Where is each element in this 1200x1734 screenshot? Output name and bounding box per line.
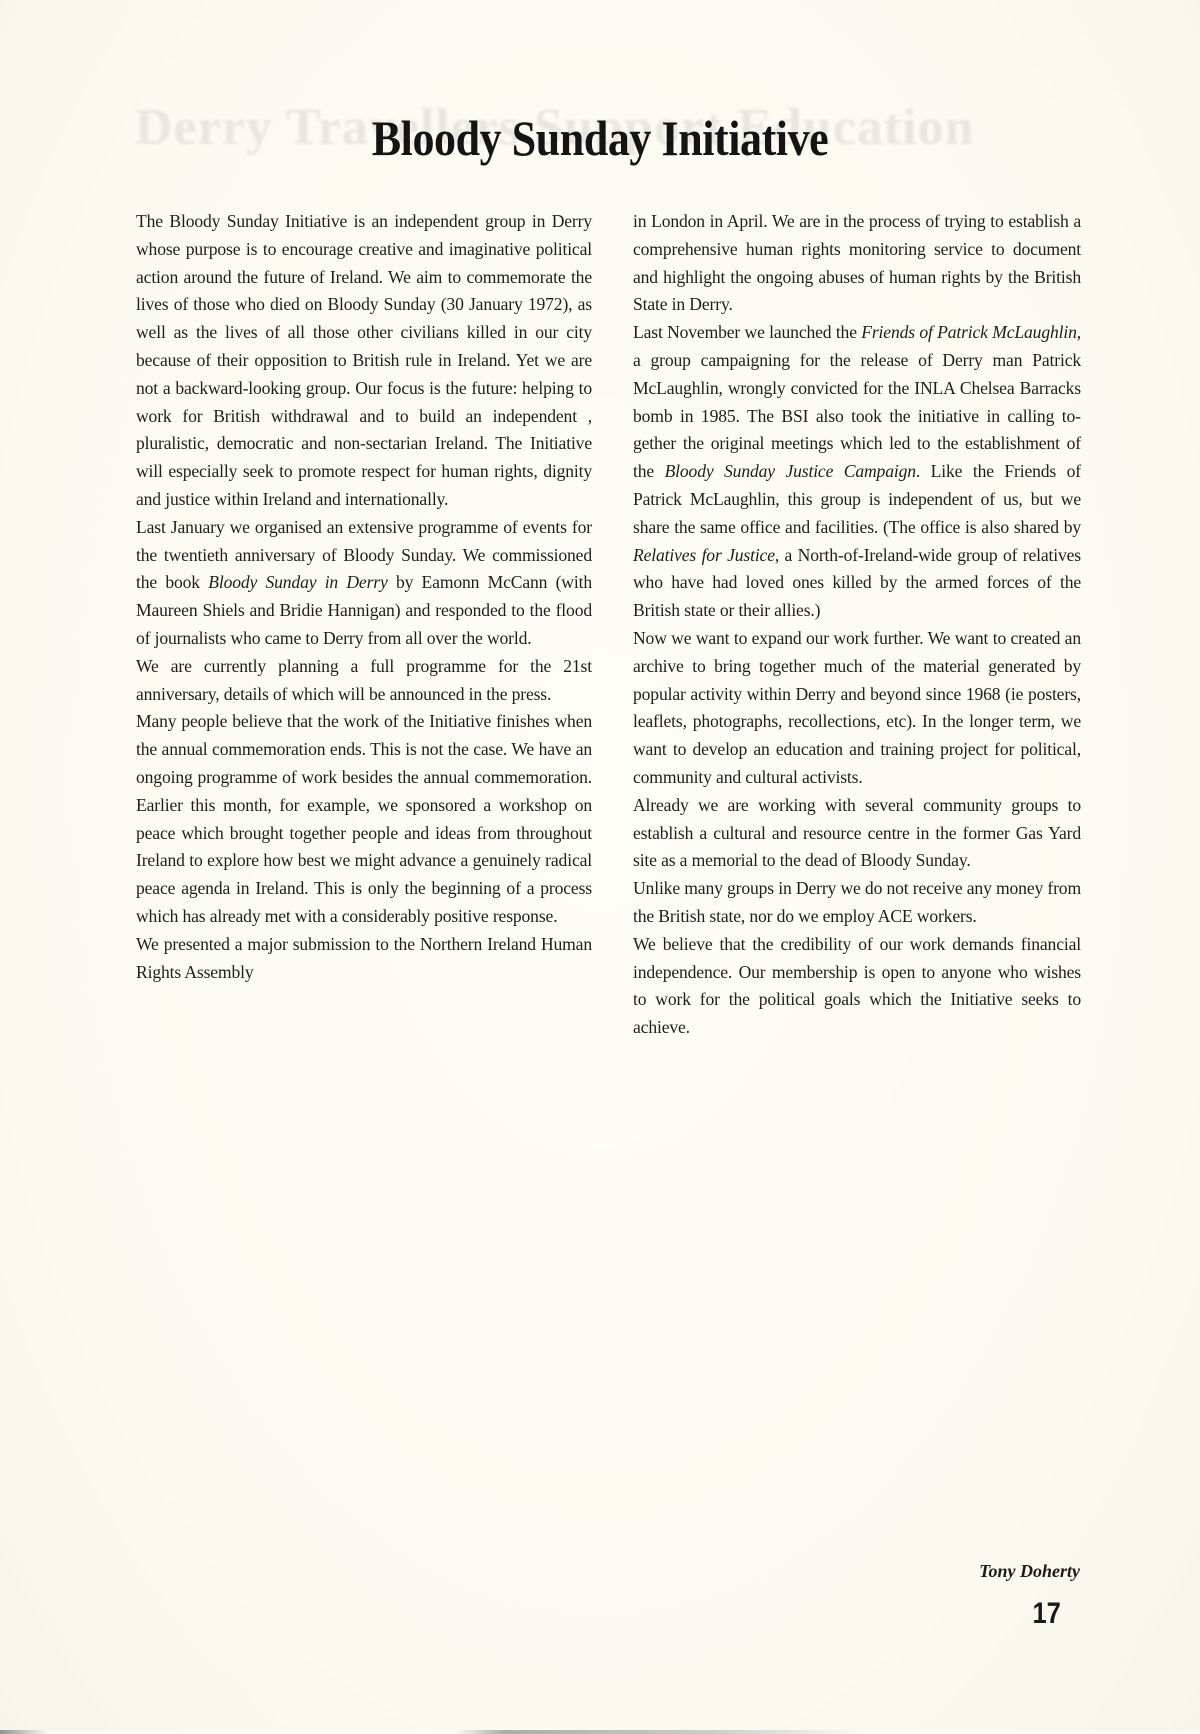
body-text: in London in April. We are in the proces…: [633, 211, 1081, 314]
italic-title-text: Bloody Sunday in Derry: [208, 572, 387, 592]
paragraph: Now we want to expand our work further. …: [633, 625, 1081, 792]
body-text: We are currently planning a full program…: [136, 656, 592, 704]
paragraph: in London in April. We are in the proces…: [633, 208, 1081, 319]
page-number: 17: [1032, 1597, 1060, 1631]
italic-title-text: Bloody Sunday Justice Campaign: [665, 461, 916, 481]
author-signature: Tony Doherty: [979, 1561, 1080, 1582]
body-text: Many people believe that the work of the…: [136, 711, 592, 926]
body-text: Unlike many groups in Derry we do not re…: [633, 878, 1081, 926]
paragraph: We are currently planning a full program…: [136, 653, 592, 709]
italic-title-text: Friends of Patrick McLaughlin: [861, 322, 1076, 342]
body-text: Now we want to expand our work further. …: [633, 628, 1081, 787]
body-text: , a group campaigning for the release of…: [633, 322, 1081, 481]
article-column-right: in London in April. We are in the proces…: [633, 208, 1081, 1042]
body-text: Last November we launched the: [633, 322, 861, 342]
body-text: The Bloody Sunday Initiative is an inde­…: [136, 211, 592, 509]
paragraph: We presented a major submission to the N…: [136, 931, 592, 987]
paragraph: Many people believe that the work of the…: [136, 708, 592, 930]
body-text: We believe that the credibility of our w…: [633, 934, 1081, 1037]
paragraph: Last November we launched the Friends of…: [633, 319, 1081, 625]
body-text: Already we are working with several com­…: [633, 795, 1081, 871]
paragraph: Unlike many groups in Derry we do not re…: [633, 875, 1081, 931]
paragraph: Already we are working with several com­…: [633, 792, 1081, 875]
page-title: Bloody Sunday Initiative: [72, 108, 1128, 168]
body-text: We presented a major submission to the N…: [136, 934, 592, 982]
scan-edge-artifact: [0, 1730, 1200, 1734]
article-column-left: The Bloody Sunday Initiative is an inde­…: [136, 208, 592, 986]
document-page: Derry Travellers Support Education Blood…: [0, 0, 1200, 1734]
paragraph: Last January we organised an extensive p…: [136, 514, 592, 653]
paragraph: We believe that the credibility of our w…: [633, 931, 1081, 1042]
italic-title-text: Relatives for Justice: [633, 545, 775, 565]
paragraph: The Bloody Sunday Initiative is an inde­…: [136, 208, 592, 514]
